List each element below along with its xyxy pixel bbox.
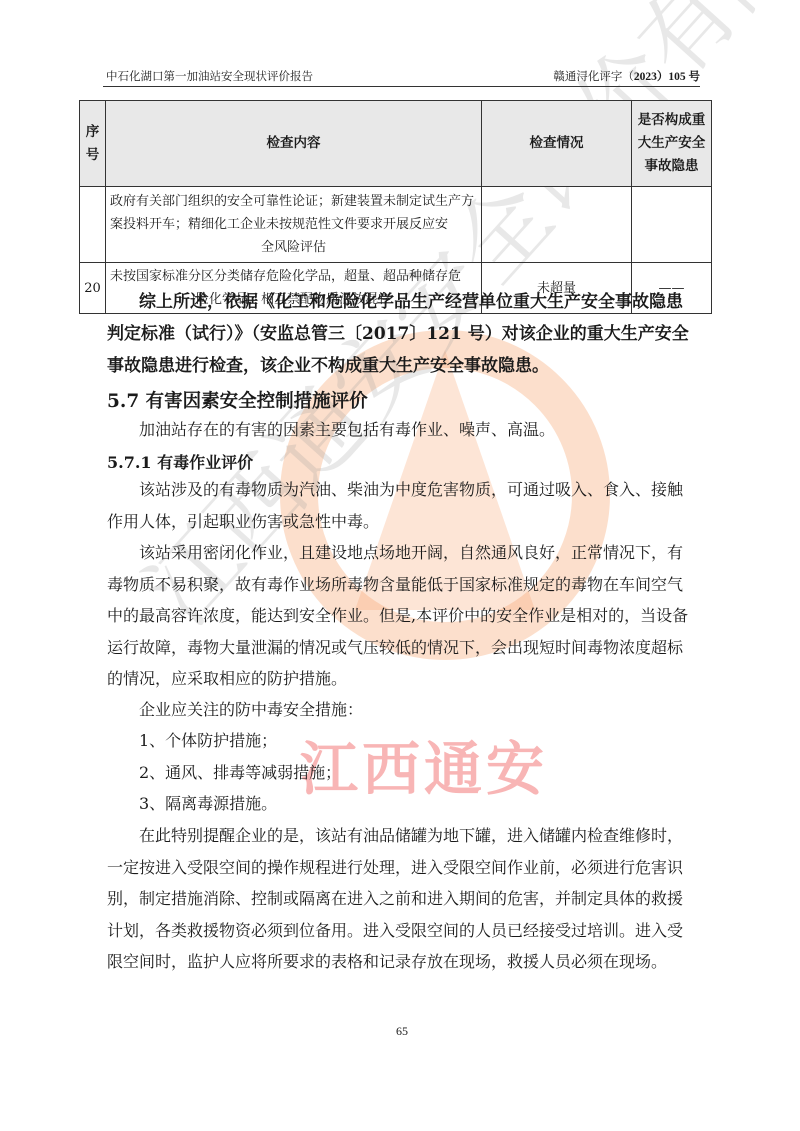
- confined-space-paragraph: 在此特别提醒企业的是，该站有油品储罐为地下罐，进入储罐内检查维修时，一定按进入受…: [107, 820, 697, 978]
- cell-content: 政府有关部门组织的安全可靠性论证；新建装置未制定试生产方案投料开车；精细化工企业…: [106, 187, 482, 263]
- measures-intro: 企业应关注的防中毒安全措施：: [107, 694, 697, 726]
- table-row: 政府有关部门组织的安全可靠性论证；新建装置未制定试生产方案投料开车；精细化工企业…: [80, 187, 712, 263]
- toxic-substances-paragraph: 该站涉及的有毒物质为汽油、柴油为中度危害物质，可通过吸入、食入、接触作用人体，引…: [107, 474, 697, 537]
- measure-item-3: 3、隔离毒源措施。: [107, 788, 697, 820]
- col-header-no: 序号: [80, 101, 106, 187]
- content-line: 未按国家标准分区分类储存危险化学品，超量、超品种储存危: [110, 269, 461, 284]
- doc-number-year: 2023: [634, 71, 657, 83]
- cell-no: [80, 187, 106, 263]
- section-5-7-intro: 加油站存在的有害的因素主要包括有毒作业、噪声、高温。: [107, 414, 697, 446]
- content-line: 政府有关部门组织的安全可靠性论证；新建装置未制定试生产方案投料开车；精细化工企业…: [110, 194, 474, 232]
- measure-item-2: 2、通风、排毒等减弱措施；: [107, 757, 697, 789]
- col-header-status: 检查情况: [482, 101, 632, 187]
- cell-hazard: [632, 187, 712, 263]
- content-line: 全风险评估: [110, 236, 477, 259]
- col-header-content: 检查内容: [106, 101, 482, 187]
- closed-operation-paragraph: 该站采用密闭化作业，且建设地点场地开阔，自然通风良好，正常情况下，有毒物质不易积…: [107, 537, 697, 695]
- section-5-7-1-heading: 5.7.1 有毒作业评价: [107, 450, 253, 473]
- document-number: 赣通浔化评字（2023）105 号: [553, 68, 700, 84]
- page-number: 65: [396, 1024, 408, 1039]
- measure-item-1: 1、个体防护措施；: [107, 725, 697, 757]
- section-5-7-heading: 5.7 有害因素安全控制措施评价: [107, 387, 368, 413]
- inspection-table: 序号 检查内容 检查情况 是否构成重大生产安全事故隐患 政府有关部门组织的安全可…: [79, 100, 712, 314]
- col-header-hazard: 是否构成重大生产安全事故隐患: [632, 101, 712, 187]
- conclusion-paragraph: 综上所述，依据《化工和危险化学品生产经营单位重大生产安全事故隐患判定标准（试行）…: [107, 286, 697, 382]
- report-title: 中石化湖口第一加油站安全现状评价报告: [106, 68, 313, 84]
- cell-status: [482, 187, 632, 263]
- doc-number-prefix: 赣通浔化评字（: [553, 69, 634, 83]
- cell-no: 20: [80, 263, 106, 314]
- page-header: 中石化湖口第一加油站安全现状评价报告 赣通浔化评字（2023）105 号: [103, 66, 700, 87]
- table-header-row: 序号 检查内容 检查情况 是否构成重大生产安全事故隐患: [80, 101, 712, 187]
- doc-number-suffix: ）105 号: [657, 71, 700, 83]
